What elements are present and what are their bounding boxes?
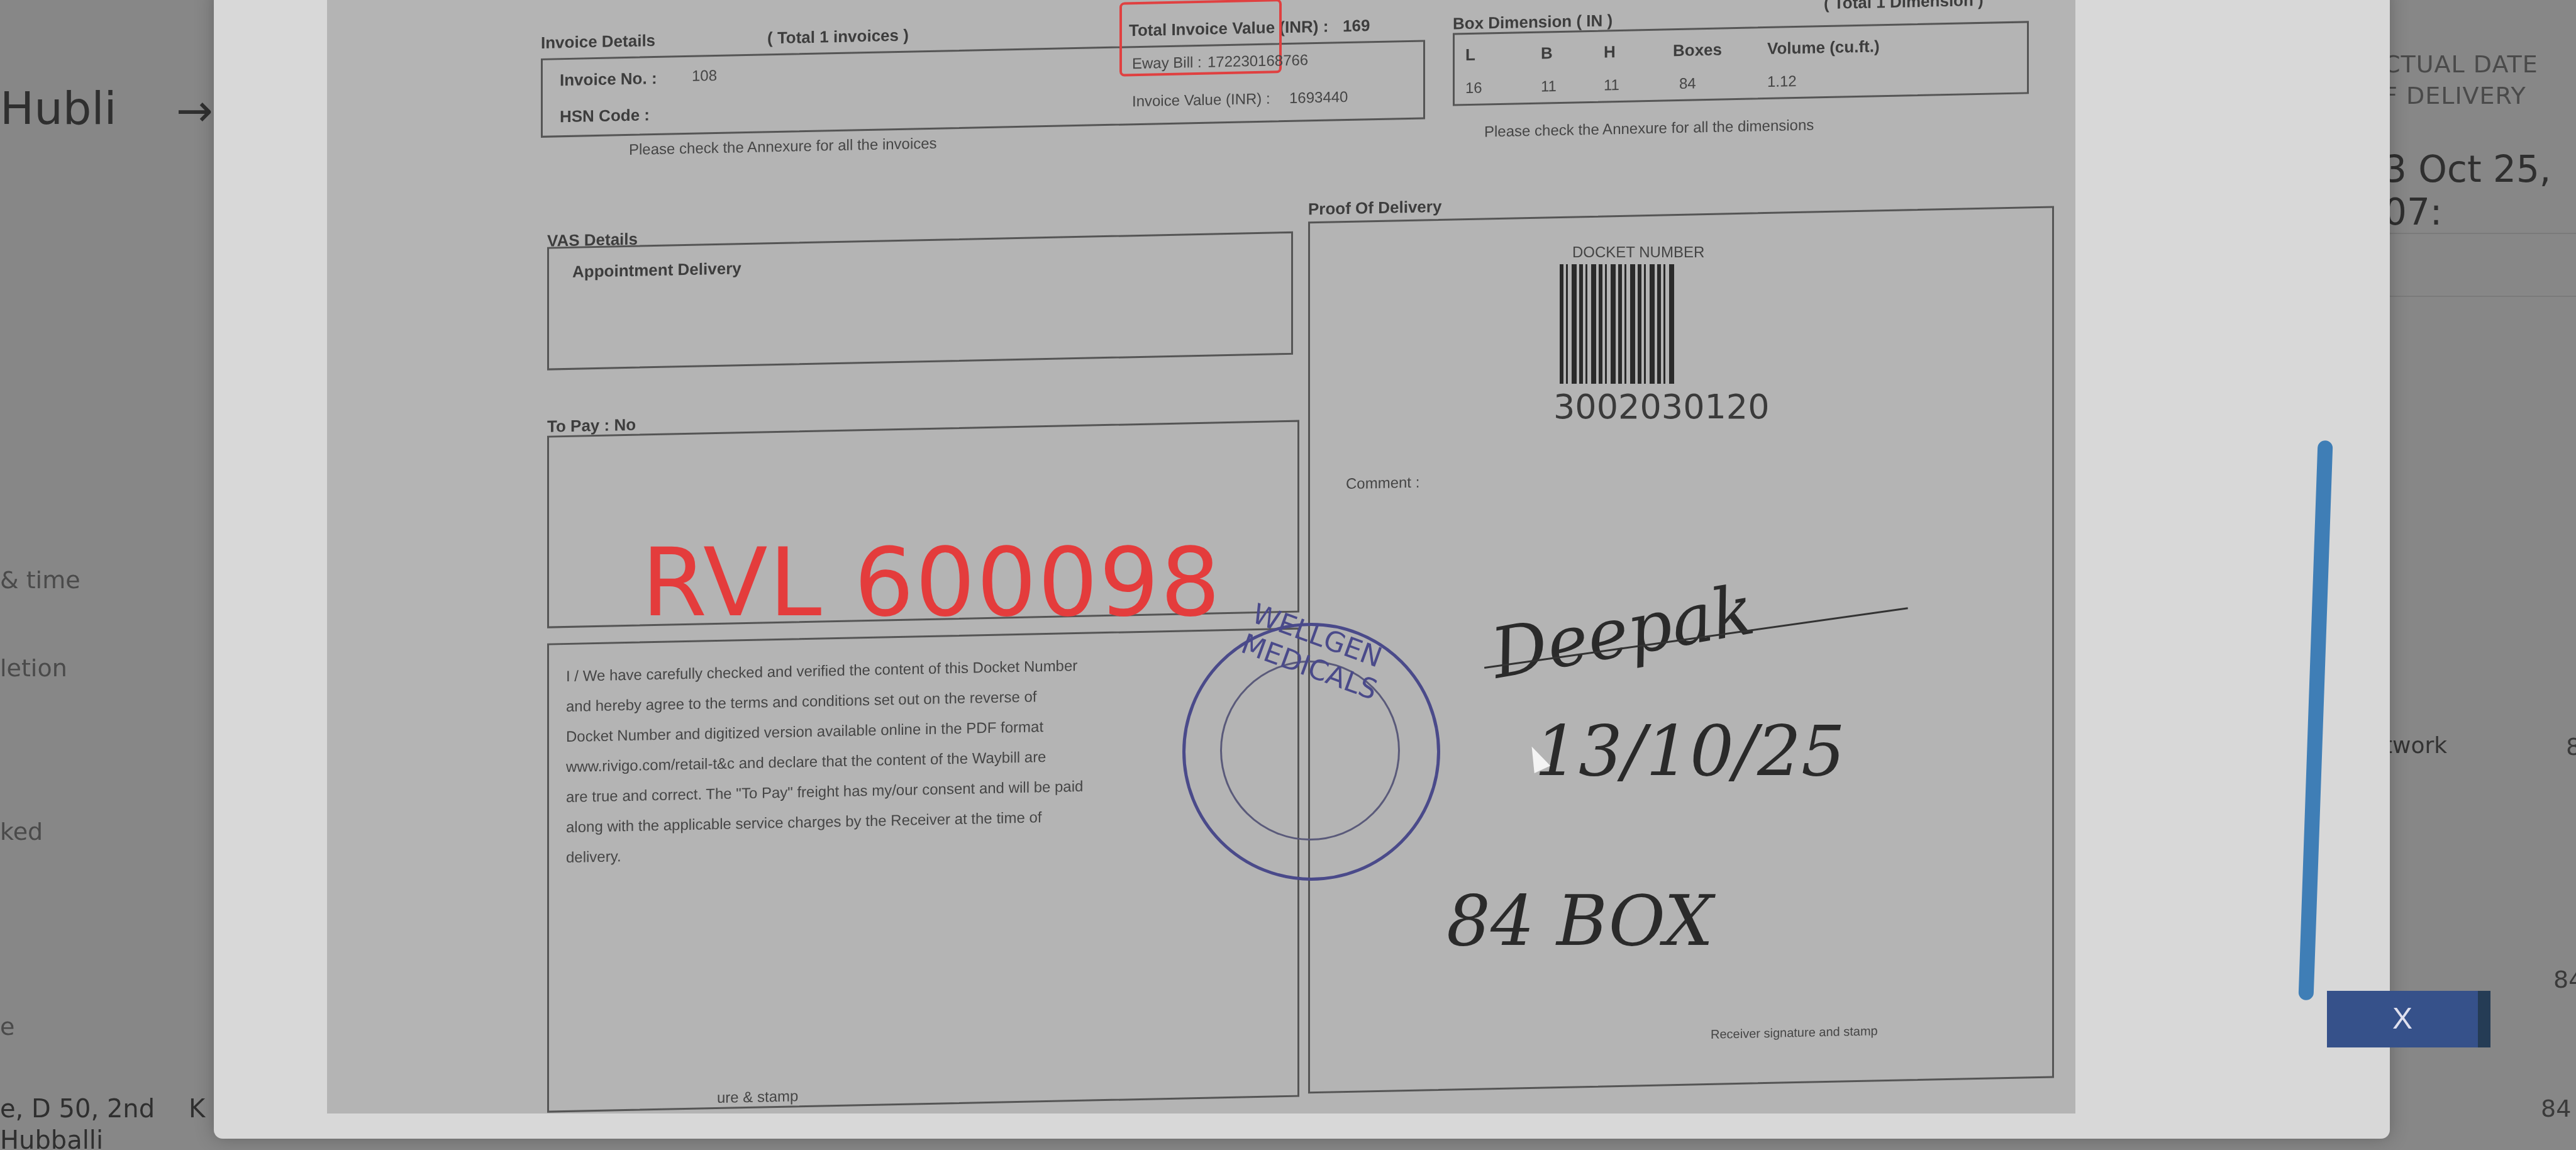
docket-number: 3002030120 — [1553, 387, 1770, 427]
dimension-total: ( Total 1 Dimension ) — [1824, 0, 1984, 13]
dim-header: Boxes — [1673, 40, 1722, 61]
barcode — [1560, 264, 1676, 384]
invoice-no: 108 — [692, 67, 717, 86]
vas-box — [547, 232, 1293, 371]
declaration-line: delivery. — [566, 848, 621, 867]
total-invoice-value: 169 — [1343, 16, 1370, 36]
dim-cell: 11 — [1541, 78, 1557, 96]
invoice-details-title: Invoice Details — [541, 31, 655, 53]
delivery-datetime: 3 Oct 25, 07: — [2384, 148, 2576, 233]
left-label: & time — [0, 566, 80, 594]
value-cell: 84 — [2541, 1095, 2571, 1122]
value-cell: 8 — [2566, 733, 2576, 761]
value-cell: 84 — [2553, 966, 2576, 993]
dimension-annexure-note: Please check the Annexure for all the di… — [1484, 116, 1814, 141]
eway-label: Eway Bill : — [1132, 54, 1202, 73]
invoice-annexure-note: Please check the Annexure for all the in… — [629, 135, 937, 159]
handwritten-box-count: 84 BOX — [1446, 881, 1713, 961]
dim-cell: 16 — [1465, 80, 1482, 98]
dim-cell: 84 — [1679, 75, 1696, 93]
location-title: Hubli — [0, 82, 116, 135]
dim-header: L — [1465, 45, 1475, 65]
left-label: e — [0, 1013, 14, 1041]
left-label: ked — [0, 818, 43, 846]
to-pay: To Pay : No — [547, 415, 636, 437]
close-button[interactable]: X — [2327, 991, 2490, 1047]
dim-header: H — [1604, 42, 1616, 62]
invoice-no-label: Invoice No. : — [560, 69, 657, 90]
invoice-value-label: Invoice Value (INR) : — [1132, 91, 1270, 111]
dim-header: Volume (cu.ft.) — [1767, 36, 1880, 59]
signature-stamp-label: ure & stamp — [717, 1088, 798, 1107]
docket-number-label: DOCKET NUMBER — [1572, 244, 1704, 262]
company-seal: WELLGEN MEDICALS — [1182, 623, 1440, 881]
comment-label: Comment : — [1346, 474, 1419, 493]
overlay-stamp-text: RVL 600098 — [641, 528, 1222, 638]
dim-cell: 11 — [1604, 77, 1619, 95]
column-header: CTUAL DATE — [2384, 50, 2538, 78]
address-line: e, D 50, 2nd — [0, 1095, 155, 1124]
partial-text: K — [189, 1095, 205, 1124]
invoice-value: 1693440 — [1289, 89, 1348, 108]
dimension-table — [1453, 21, 2029, 106]
handwritten-date: 13/10/25 — [1535, 711, 1845, 791]
invoice-total: ( Total 1 invoices ) — [767, 26, 909, 48]
hsn-label: HSN Code : — [560, 105, 650, 126]
dim-cell: 1.12 — [1767, 73, 1797, 91]
eway-value: 172230168766 — [1207, 52, 1308, 71]
column-header: F DELIVERY — [2384, 82, 2526, 109]
dim-header: B — [1541, 43, 1553, 63]
pod-title: Proof Of Delivery — [1308, 197, 1441, 219]
address-line: Hubballi — [0, 1126, 103, 1150]
row-divider — [2377, 233, 2576, 234]
arrow-right-icon[interactable]: → — [176, 85, 213, 137]
left-label: letion — [0, 654, 67, 682]
row-divider — [2377, 296, 2576, 297]
vas-value: Appointment Delivery — [572, 259, 741, 282]
